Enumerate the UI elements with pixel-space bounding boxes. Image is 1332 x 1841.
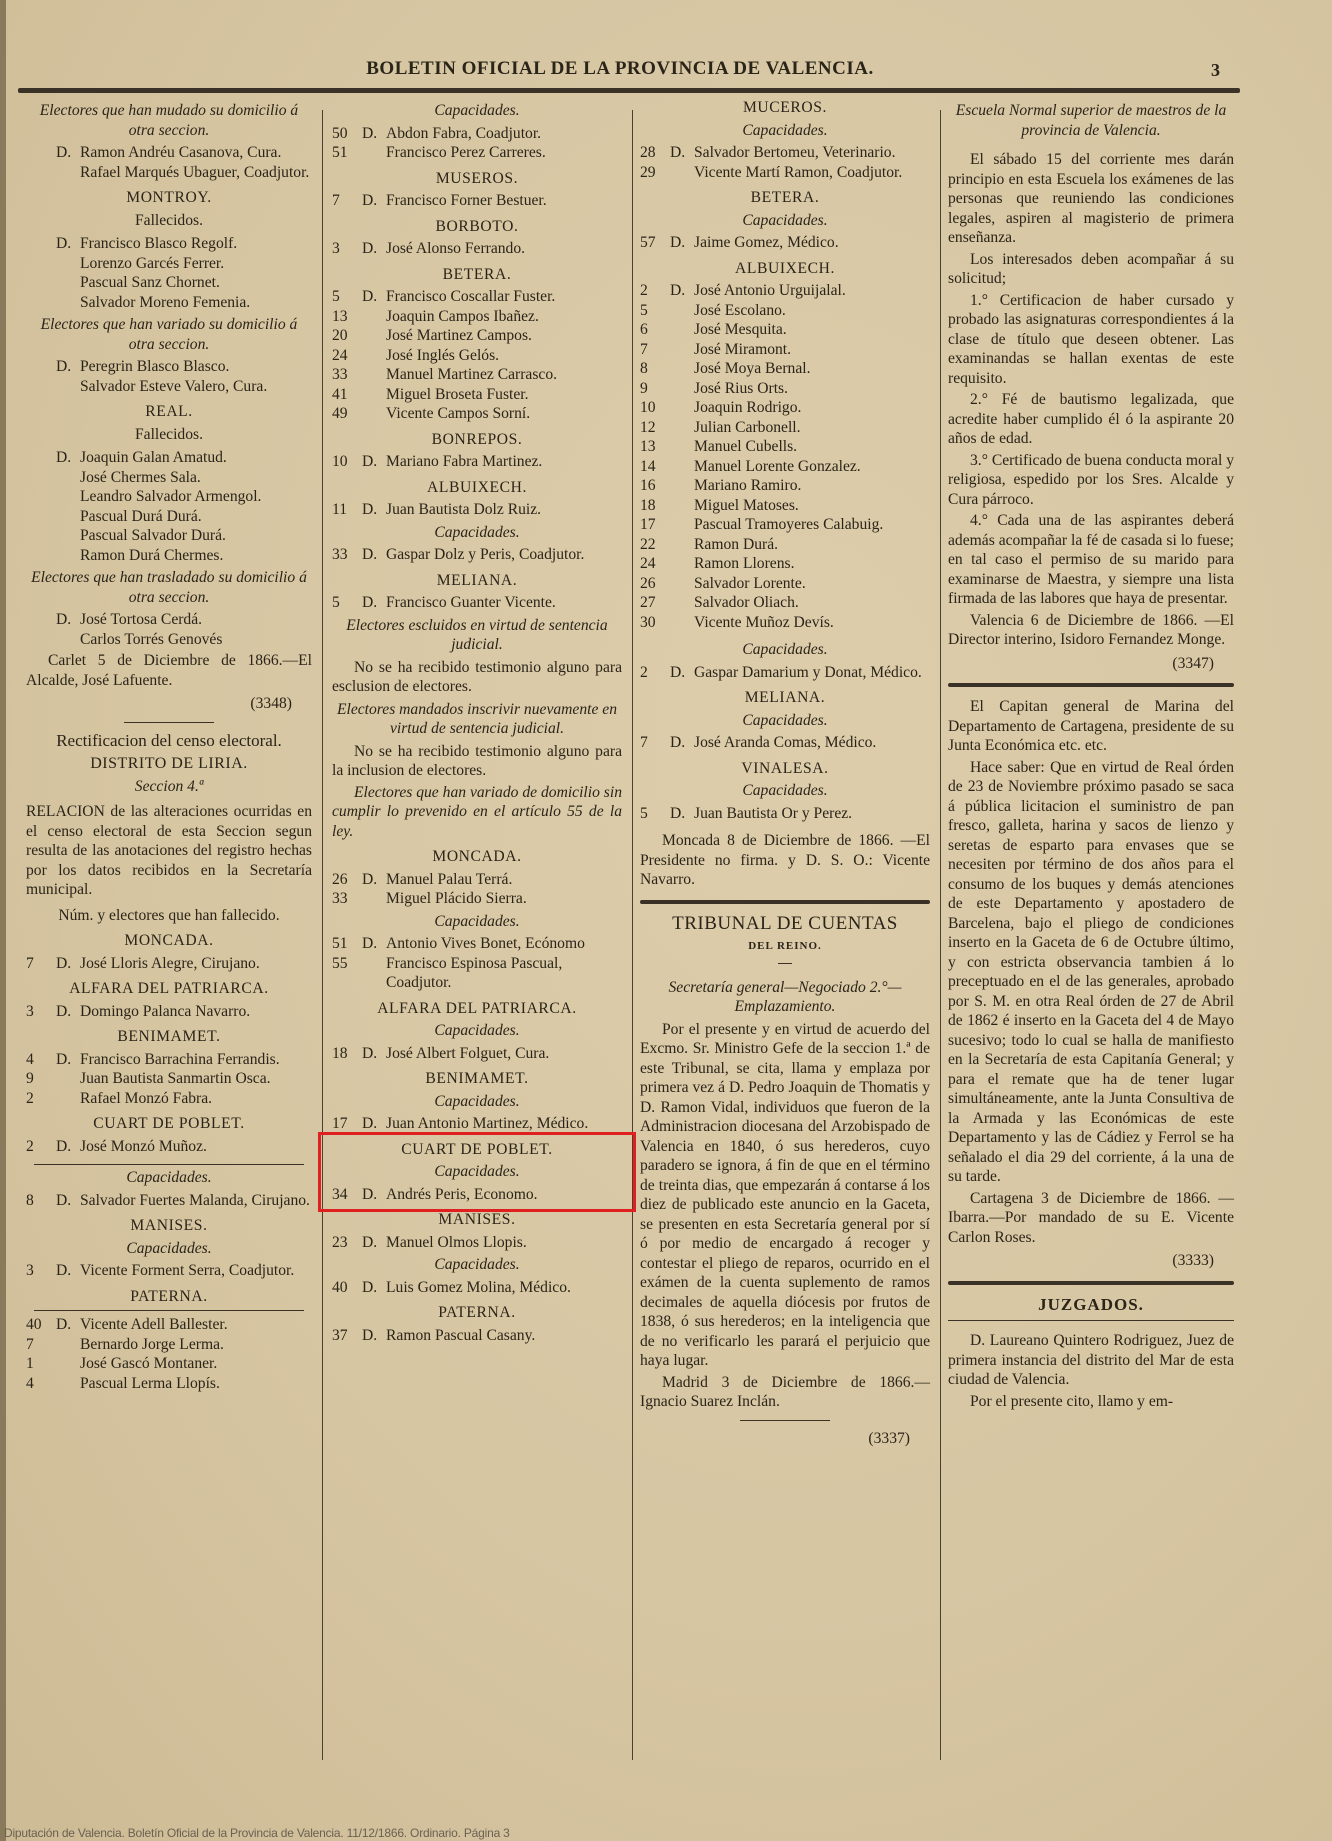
entry-number xyxy=(26,630,56,650)
entry-title: D. xyxy=(670,143,694,163)
entry-number: 9 xyxy=(640,379,670,399)
entry-title xyxy=(670,320,694,340)
entry-title: D. xyxy=(362,870,386,890)
paragraph: 4.° Cada una de las aspirantes deberá ad… xyxy=(948,511,1234,609)
paragraph: D. Laureano Quintero Rodriguez, Juez de … xyxy=(948,1331,1234,1390)
entry-title xyxy=(56,254,80,274)
entry-title: D. xyxy=(362,191,386,211)
entry-number: 40 xyxy=(26,1315,56,1335)
list-item: 9José Rius Orts. xyxy=(640,379,930,399)
entry-name: Jaime Gomez, Médico. xyxy=(694,233,930,253)
entry-title xyxy=(670,554,694,574)
entry-name: Juan Bautista Dolz Ruiz. xyxy=(386,500,622,520)
page-title: BOLETIN OFICIAL DE LA PROVINCIA DE VALEN… xyxy=(20,58,1220,88)
entry-title xyxy=(56,1089,80,1109)
entry-number: 20 xyxy=(332,326,362,346)
entry-name: Domingo Palanca Navarro. xyxy=(80,1002,312,1022)
entry-title xyxy=(362,365,386,385)
entry-name: Rafael Monzó Fabra. xyxy=(80,1089,312,1109)
paragraph: 2.° Fé de bautismo legalizada, que acred… xyxy=(948,390,1234,449)
entry-list: 40D.Vicente Adell Ballester.7Bernardo Jo… xyxy=(26,1315,312,1393)
list-item: 5D.Francisco Guanter Vicente. xyxy=(332,593,622,613)
entry-title xyxy=(56,487,80,507)
category-heading: Capacidades. xyxy=(332,1255,622,1275)
entry-number: 55 xyxy=(332,954,362,993)
entry-list: 50D.Abdon Fabra, Coadjutor.51Francisco P… xyxy=(332,124,622,163)
divider xyxy=(948,1320,1234,1321)
entry-title: D. xyxy=(362,593,386,613)
town-heading: MUSEROS. xyxy=(332,169,622,189)
entry-number xyxy=(26,254,56,274)
list-item: 18D.José Albert Folguet, Cura. xyxy=(332,1044,622,1064)
signature: Valencia 6 de Diciembre de 1866. —El Dir… xyxy=(948,611,1234,650)
entry-name: José Inglés Gelós. xyxy=(386,346,622,366)
list-item: 9Juan Bautista Sanmartin Osca. xyxy=(26,1069,312,1089)
entry-name: Joaquin Rodrigo. xyxy=(694,398,930,418)
entry-number: 33 xyxy=(332,545,362,565)
entry-name: Joaquin Campos Ibañez. xyxy=(386,307,622,327)
entry-number: 24 xyxy=(640,554,670,574)
entry-number: 17 xyxy=(332,1114,362,1134)
entry-name: Francisco Perez Carreres. xyxy=(386,143,622,163)
list-item: D.Ramon Andréu Casanova, Cura. xyxy=(26,143,312,163)
category-heading-highlighted: Capacidades. xyxy=(332,1162,622,1182)
divider xyxy=(740,1420,830,1421)
category-heading: Capacidades. xyxy=(332,1021,622,1041)
subheading: Secretaría general—Negociado 2.°— Emplaz… xyxy=(640,978,930,1017)
entry-title: D. xyxy=(56,1191,80,1211)
entry-name: Miguel Broseta Fuster. xyxy=(386,385,622,405)
entry-title xyxy=(670,593,694,613)
list-item: 37D.Ramon Pascual Casany. xyxy=(332,1326,622,1346)
entry-name: Bernardo Jorge Lerma. xyxy=(80,1335,312,1355)
entry-title xyxy=(56,1335,80,1355)
section-title: JUZGADOS. xyxy=(948,1295,1234,1315)
category-heading: Capacidades. xyxy=(640,711,930,731)
entry-number xyxy=(26,234,56,254)
paragraph: 3.° Certificado de buena conducta moral … xyxy=(948,451,1234,510)
entry-name: Salvador Lorente. xyxy=(694,574,930,594)
list-item: 13Manuel Cubells. xyxy=(640,437,930,457)
entry-title: D. xyxy=(362,934,386,954)
entry-number: 28 xyxy=(640,143,670,163)
entry-title xyxy=(670,379,694,399)
entry-number: 33 xyxy=(332,365,362,385)
reference-number: (3347) xyxy=(948,654,1214,674)
entry-title xyxy=(56,1374,80,1394)
entry-number: 7 xyxy=(640,340,670,360)
divider xyxy=(778,963,792,964)
entry-name: Pascual Tramoyeres Calabuig. xyxy=(694,515,930,535)
column-3: MUCEROS. Capacidades. 28D.Salvador Berto… xyxy=(640,98,930,1452)
column-divider xyxy=(632,110,633,1760)
list-item: 6José Mesquita. xyxy=(640,320,930,340)
signature: Moncada 8 de Diciembre de 1866. —El Pres… xyxy=(640,831,930,890)
entry-number: 13 xyxy=(640,437,670,457)
entry-title xyxy=(362,143,386,163)
entry-number xyxy=(26,357,56,377)
list-item: 27Salvador Oliach. xyxy=(640,593,930,613)
entry-number: 40 xyxy=(332,1278,362,1298)
list-item: 10D.Mariano Fabra Martinez. xyxy=(332,452,622,472)
entry-name: Manuel Martinez Carrasco. xyxy=(386,365,622,385)
entry-number: 7 xyxy=(26,1335,56,1355)
category-heading: Capacidades. xyxy=(26,1168,312,1188)
entry-name: Salvador Bertomeu, Veterinario. xyxy=(694,143,930,163)
town-heading: MONTROY. xyxy=(26,188,312,208)
town-heading: MUCEROS. xyxy=(640,98,930,118)
entry-number: 37 xyxy=(332,1326,362,1346)
category-heading: Capacidades. xyxy=(640,121,930,141)
category-heading: Capacidades. xyxy=(332,523,622,543)
town-heading: MELIANA. xyxy=(640,688,930,708)
list-item: 40D.Luis Gomez Molina, Médico. xyxy=(332,1278,622,1298)
entry-name: Andrés Peris, Economo. xyxy=(386,1185,622,1205)
entry-number: 10 xyxy=(640,398,670,418)
list-item: 5José Escolano. xyxy=(640,301,930,321)
entry-title xyxy=(670,457,694,477)
page-number: 3 xyxy=(1211,60,1220,81)
entry-number: 2 xyxy=(26,1089,56,1109)
town-heading: PATERNA. xyxy=(332,1303,622,1323)
entry-title xyxy=(56,546,80,566)
town-heading: BENIMAMET. xyxy=(26,1027,312,1047)
column-1: Electores que han mudado su domicilio á … xyxy=(26,98,312,1393)
entry-number: 3 xyxy=(26,1261,56,1281)
entry-title: D. xyxy=(362,124,386,144)
entry-list: 37D.Ramon Pascual Casany. xyxy=(332,1326,622,1346)
town-heading: ALBUIXECH. xyxy=(332,478,622,498)
category-heading: Capacidades. xyxy=(26,1239,312,1259)
entry-name: José Alonso Ferrando. xyxy=(386,239,622,259)
entry-list: 10D.Mariano Fabra Martinez. xyxy=(332,452,622,472)
entry-name: Manuel Cubells. xyxy=(694,437,930,457)
entry-number xyxy=(26,526,56,546)
entry-title xyxy=(670,340,694,360)
entry-list: 7D.José Aranda Comas, Médico. xyxy=(640,733,930,753)
list-item: Leandro Salvador Armengol. xyxy=(26,487,312,507)
entry-list: D.Ramon Andréu Casanova, Cura.Rafael Mar… xyxy=(26,143,312,182)
entry-name: Salvador Oliach. xyxy=(694,593,930,613)
entry-name: José Lloris Alegre, Cirujano. xyxy=(80,954,312,974)
entry-title: D. xyxy=(56,234,80,254)
entry-name: José Moya Bernal. xyxy=(694,359,930,379)
entry-name: Abdon Fabra, Coadjutor. xyxy=(386,124,622,144)
section-divider xyxy=(948,683,1234,687)
list-item: 4D.Francisco Barrachina Ferrandis. xyxy=(26,1050,312,1070)
subheading: Electores mandados inscrivir nuevamente … xyxy=(332,700,622,739)
entry-name: Carlos Torrés Genovés xyxy=(80,630,312,650)
entry-number: 50 xyxy=(332,124,362,144)
entry-title: D. xyxy=(362,1185,386,1205)
entry-title: D. xyxy=(362,287,386,307)
entry-name: José Chermes Sala. xyxy=(80,468,312,488)
entry-list: 23D.Manuel Olmos Llopis. xyxy=(332,1233,622,1253)
entry-name: Juan Bautista Or y Perez. xyxy=(694,804,930,824)
list-item: 11D.Juan Bautista Dolz Ruiz. xyxy=(332,500,622,520)
list-item: D.José Tortosa Cerdá. xyxy=(26,610,312,630)
entry-title xyxy=(362,385,386,405)
entry-list: 11D.Juan Bautista Dolz Ruiz. xyxy=(332,500,622,520)
entry-name: Salvador Esteve Valero, Cura. xyxy=(80,377,312,397)
entry-title xyxy=(56,293,80,313)
entry-number xyxy=(26,163,56,183)
footer-caption: Diputación de Valencia. Boletín Oficial … xyxy=(4,1826,510,1840)
entry-name: José Albert Folguet, Cura. xyxy=(386,1044,622,1064)
entry-title xyxy=(670,398,694,418)
entry-title: D. xyxy=(362,1278,386,1298)
entry-name: Francisco Blasco Regolf. xyxy=(80,234,312,254)
entry-list: D.Francisco Blasco Regolf.Lorenzo Garcés… xyxy=(26,234,312,312)
entry-number: 51 xyxy=(332,143,362,163)
entry-number: 24 xyxy=(332,346,362,366)
category-heading: Capacidades. xyxy=(332,912,622,932)
list-item: 8José Moya Bernal. xyxy=(640,359,930,379)
list-item: 17D.Juan Antonio Martinez, Médico. xyxy=(332,1114,622,1134)
entry-list: 8D.Salvador Fuertes Malanda, Cirujano. xyxy=(26,1191,312,1211)
entry-title: D. xyxy=(362,452,386,472)
entry-name: Mariano Ramiro. xyxy=(694,476,930,496)
entry-list: D.Peregrin Blasco Blasco.Salvador Esteve… xyxy=(26,357,312,396)
entry-name: Ramon Pascual Casany. xyxy=(386,1326,622,1346)
category-heading: Capacidades. xyxy=(640,781,930,801)
entry-title: D. xyxy=(56,1002,80,1022)
entry-title xyxy=(670,574,694,594)
list-item: D.Peregrin Blasco Blasco. xyxy=(26,357,312,377)
list-item: 10Joaquin Rodrigo. xyxy=(640,398,930,418)
list-item: 5D.Francisco Coscallar Fuster. xyxy=(332,287,622,307)
list-item: 17Pascual Tramoyeres Calabuig. xyxy=(640,515,930,535)
entry-number: 5 xyxy=(332,593,362,613)
entry-title: D. xyxy=(56,448,80,468)
entry-name: Antonio Vives Bonet, Ecónomo xyxy=(386,934,622,954)
town-heading: MONCADA. xyxy=(26,931,312,951)
entry-number: 18 xyxy=(640,496,670,516)
paragraph: Por el presente cito, llamo y em- xyxy=(948,1392,1234,1412)
entry-number: 7 xyxy=(640,733,670,753)
reference-number: (3348) xyxy=(26,694,292,714)
entry-title xyxy=(670,515,694,535)
entry-list: 3D.Domingo Palanca Navarro. xyxy=(26,1002,312,1022)
entry-number: 23 xyxy=(332,1233,362,1253)
entry-name: Ramon Llorens. xyxy=(694,554,930,574)
entry-title xyxy=(56,1069,80,1089)
list-item: Lorenzo Garcés Ferrer. xyxy=(26,254,312,274)
category-heading: Capacidades. xyxy=(640,640,930,660)
entry-number: 6 xyxy=(640,320,670,340)
entry-name: José Miramont. xyxy=(694,340,930,360)
entry-title: D. xyxy=(670,233,694,253)
entry-title xyxy=(56,1354,80,1374)
town-heading: MANISES. xyxy=(26,1216,312,1236)
list-item: 7D.José Lloris Alegre, Cirujano. xyxy=(26,954,312,974)
entry-number: 49 xyxy=(332,404,362,424)
subheading: Electores escluidos en virtud de sentenc… xyxy=(332,616,622,655)
list-item: Carlos Torrés Genovés xyxy=(26,630,312,650)
entry-number xyxy=(26,546,56,566)
list-item: 26D.Manuel Palau Terrá. xyxy=(332,870,622,890)
section-title: TRIBUNAL DE CUENTAS xyxy=(640,914,930,934)
entry-name: Francisco Espinosa Pascual, Coadjutor. xyxy=(386,954,622,993)
entry-name: Ramon Andréu Casanova, Cura. xyxy=(80,143,312,163)
entry-name: Miguel Plácido Sierra. xyxy=(386,889,622,909)
entry-number: 11 xyxy=(332,500,362,520)
section-title: Escuela Normal superior de maestros de l… xyxy=(948,101,1234,140)
divider xyxy=(34,1164,304,1165)
list-item: 34D.Andrés Peris, Economo. xyxy=(332,1185,622,1205)
list-item: 57D.Jaime Gomez, Médico. xyxy=(640,233,930,253)
list-item: 16Mariano Ramiro. xyxy=(640,476,930,496)
entry-title: D. xyxy=(670,663,694,683)
entry-name: José Tortosa Cerdá. xyxy=(80,610,312,630)
list-item: 30Vicente Muñoz Devís. xyxy=(640,613,930,633)
entry-number: 29 xyxy=(640,163,670,183)
divider xyxy=(34,1310,304,1311)
list-item: 3D.Vicente Forment Serra, Coadjutor. xyxy=(26,1261,312,1281)
entry-title xyxy=(362,954,386,993)
list-item: 50D.Abdon Fabra, Coadjutor. xyxy=(332,124,622,144)
list-item: José Chermes Sala. xyxy=(26,468,312,488)
entry-title: D. xyxy=(56,1050,80,1070)
entry-number: 12 xyxy=(640,418,670,438)
town-heading: MONCADA. xyxy=(332,847,622,867)
entry-name: José Escolano. xyxy=(694,301,930,321)
entry-list: 33D.Gaspar Dolz y Peris, Coadjutor. xyxy=(332,545,622,565)
entry-title: D. xyxy=(56,1261,80,1281)
entry-number: 3 xyxy=(26,1002,56,1022)
entry-number xyxy=(26,448,56,468)
entry-number: 7 xyxy=(332,191,362,211)
list-item: 51D.Antonio Vives Bonet, Ecónomo xyxy=(332,934,622,954)
entry-name: Gaspar Dolz y Peris, Coadjutor. xyxy=(386,545,622,565)
list-item: 1José Gascó Montaner. xyxy=(26,1354,312,1374)
list-item: 33Miguel Plácido Sierra. xyxy=(332,889,622,909)
column-divider xyxy=(940,110,941,1760)
entry-list: D.José Tortosa Cerdá.Carlos Torrés Genov… xyxy=(26,610,312,649)
district-heading: DISTRITO DE LIRIA. xyxy=(26,754,312,774)
entry-number: 4 xyxy=(26,1374,56,1394)
entry-title xyxy=(670,613,694,633)
entry-title xyxy=(56,507,80,527)
subheading: Electores que han variado su domicilio á… xyxy=(26,315,312,354)
divider xyxy=(124,722,214,723)
entry-title: D. xyxy=(362,1044,386,1064)
entry-title xyxy=(56,630,80,650)
entry-name: José Antonio Urguijalal. xyxy=(694,281,930,301)
entry-number: 26 xyxy=(640,574,670,594)
entry-list: 57D.Jaime Gomez, Médico. xyxy=(640,233,930,253)
paragraph: Los interesados deben acompañar á su sol… xyxy=(948,250,1234,289)
list-item: 3D.Domingo Palanca Navarro. xyxy=(26,1002,312,1022)
entry-title xyxy=(670,496,694,516)
entry-title xyxy=(670,163,694,183)
entry-number xyxy=(26,273,56,293)
category-heading: Fallecidos. xyxy=(26,425,312,445)
entry-list: 5D.Juan Bautista Or y Perez. xyxy=(640,804,930,824)
list-item: Salvador Esteve Valero, Cura. xyxy=(26,377,312,397)
entry-title: D. xyxy=(362,545,386,565)
list-item: Pascual Salvador Durá. xyxy=(26,526,312,546)
entry-number: 18 xyxy=(332,1044,362,1064)
list-item: 40D.Vicente Adell Ballester. xyxy=(26,1315,312,1335)
entry-title: D. xyxy=(670,804,694,824)
entry-number: 34 xyxy=(332,1185,362,1205)
list-item: 26Salvador Lorente. xyxy=(640,574,930,594)
list-item: 12Julian Carbonell. xyxy=(640,418,930,438)
entry-title xyxy=(670,535,694,555)
entry-number xyxy=(26,610,56,630)
list-item: 23D.Manuel Olmos Llopis. xyxy=(332,1233,622,1253)
entry-list: 17D.Juan Antonio Martinez, Médico. xyxy=(332,1114,622,1134)
entry-title xyxy=(362,326,386,346)
entry-number: 14 xyxy=(640,457,670,477)
entry-name: Rafael Marqués Ubaguer, Coadjutor. xyxy=(80,163,312,183)
entry-list: 2D.José Monzó Muñoz. xyxy=(26,1137,312,1157)
entry-number: 3 xyxy=(332,239,362,259)
category-heading: Capacidades. xyxy=(640,211,930,231)
entry-name: Juan Bautista Sanmartin Osca. xyxy=(80,1069,312,1089)
section-divider xyxy=(640,900,930,904)
entry-name: Juan Antonio Martinez, Médico. xyxy=(386,1114,622,1134)
list-item: 2D.José Antonio Urguijalal. xyxy=(640,281,930,301)
entry-number: 2 xyxy=(640,281,670,301)
entry-list: 4D.Francisco Barrachina Ferrandis.9Juan … xyxy=(26,1050,312,1109)
entry-number xyxy=(26,507,56,527)
list-item: 49Vicente Campos Sorní. xyxy=(332,404,622,424)
entry-name: José Rius Orts. xyxy=(694,379,930,399)
entry-name: Lorenzo Garcés Ferrer. xyxy=(80,254,312,274)
entry-list: 51D.Antonio Vives Bonet, Ecónomo55Franci… xyxy=(332,934,622,993)
entry-name: Vicente Muñoz Devís. xyxy=(694,613,930,633)
entry-list: 5D.Francisco Coscallar Fuster.13Joaquin … xyxy=(332,287,622,424)
entry-name: Francisco Forner Bestuer. xyxy=(386,191,622,211)
paragraph: Por el presente y en virtud de acuerdo d… xyxy=(640,1020,930,1371)
entry-title: D. xyxy=(362,239,386,259)
list-item: 18Miguel Matoses. xyxy=(640,496,930,516)
list-item: 7Bernardo Jorge Lerma. xyxy=(26,1335,312,1355)
entry-number: 5 xyxy=(640,804,670,824)
section-subtitle: DEL REINO. xyxy=(640,937,930,957)
entry-name: Gaspar Damarium y Donat, Médico. xyxy=(694,663,930,683)
paragraph: Hace saber: Que en virtud de Real órden … xyxy=(948,758,1234,1187)
town-heading: VINALESA. xyxy=(640,759,930,779)
entry-name: Julian Carbonell. xyxy=(694,418,930,438)
list-item: D.Joaquin Galan Amatud. xyxy=(26,448,312,468)
entry-title xyxy=(56,273,80,293)
entry-name: Francisco Guanter Vicente. xyxy=(386,593,622,613)
entry-number: 13 xyxy=(332,307,362,327)
list-item: 28D.Salvador Bertomeu, Veterinario. xyxy=(640,143,930,163)
entry-name: José Aranda Comas, Médico. xyxy=(694,733,930,753)
category-heading: Capacidades. xyxy=(332,1092,622,1112)
town-heading: BENIMAMET. xyxy=(332,1069,622,1089)
entry-name: Leandro Salvador Armengol. xyxy=(80,487,312,507)
entry-list: 7D.José Lloris Alegre, Cirujano. xyxy=(26,954,312,974)
list-item: 22Ramon Durá. xyxy=(640,535,930,555)
list-item: 29Vicente Martí Ramon, Coadjutor. xyxy=(640,163,930,183)
entry-name: Vicente Forment Serra, Coadjutor. xyxy=(80,1261,312,1281)
entry-number: 2 xyxy=(640,663,670,683)
paragraph: El sábado 15 del corriente mes darán pri… xyxy=(948,150,1234,248)
subheading: Electores que han variado de domicilio s… xyxy=(332,783,622,842)
entry-list: 40D.Luis Gomez Molina, Médico. xyxy=(332,1278,622,1298)
entry-title: D. xyxy=(56,1137,80,1157)
entry-title xyxy=(362,346,386,366)
list-item: 14Manuel Lorente Gonzalez. xyxy=(640,457,930,477)
entry-title xyxy=(56,526,80,546)
entry-title xyxy=(56,377,80,397)
entry-name: José Monzó Muñoz. xyxy=(80,1137,312,1157)
